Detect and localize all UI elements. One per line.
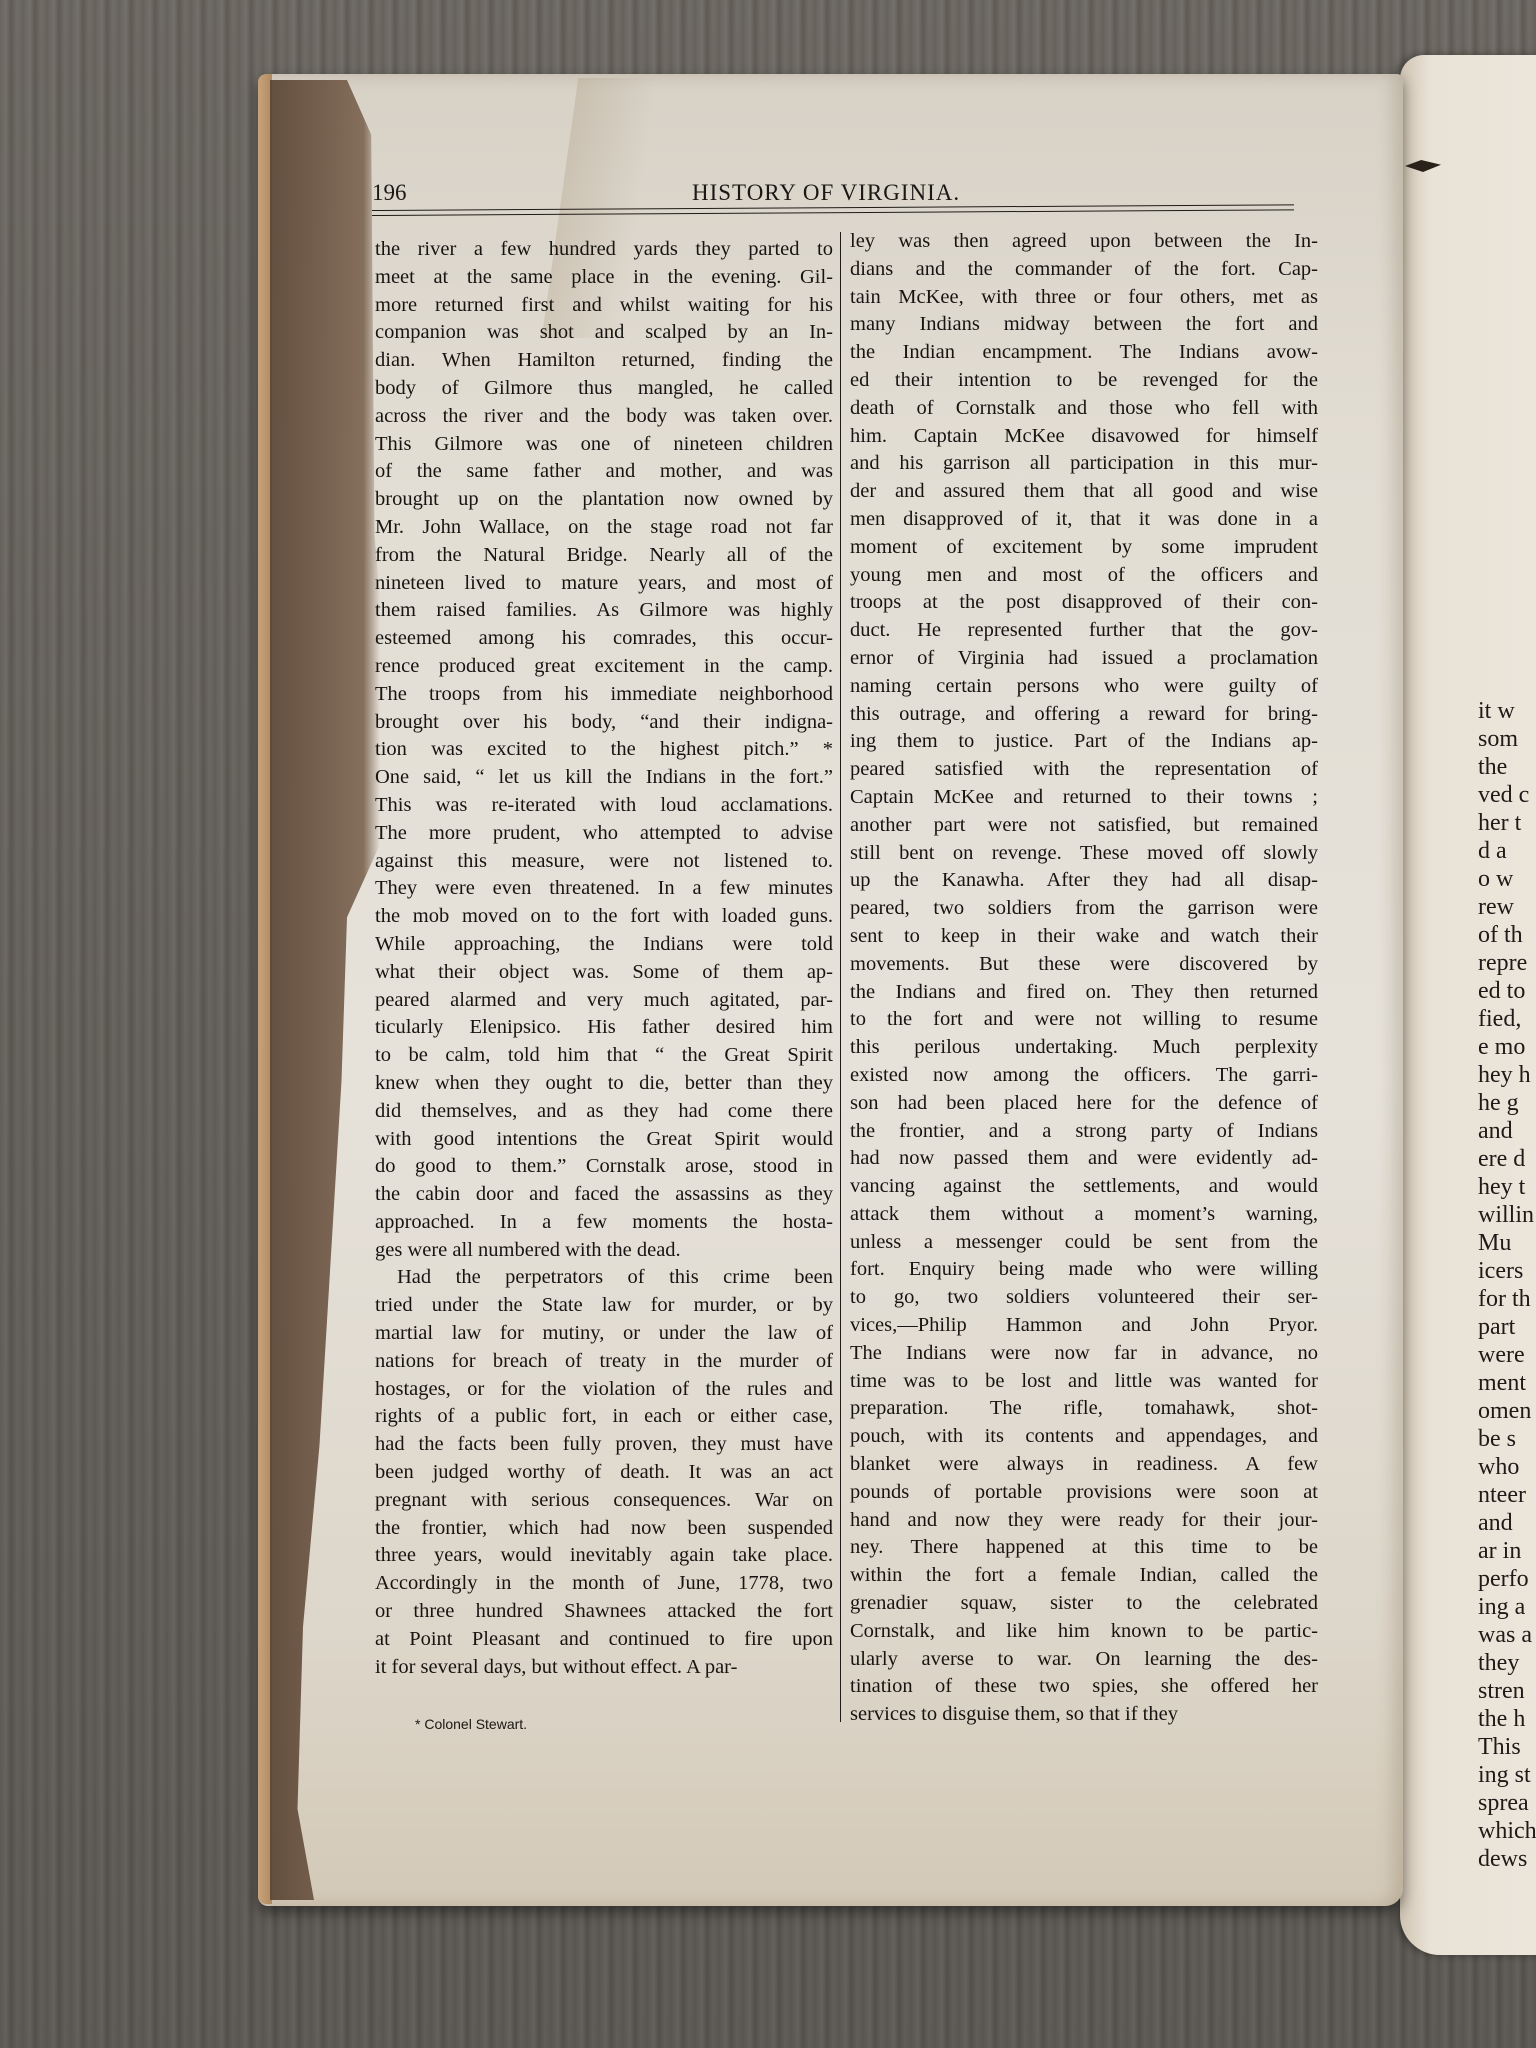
facing-page-fragment: nteer bbox=[1478, 1481, 1536, 1509]
facing-page-fragment: repre bbox=[1478, 949, 1536, 977]
facing-page-fragment: for th bbox=[1478, 1285, 1536, 1313]
text-line: across the river and the body was taken … bbox=[375, 403, 833, 431]
facing-page-fragment: o w bbox=[1478, 865, 1536, 893]
facing-page-fragment: ere d bbox=[1478, 1145, 1536, 1173]
text-line: this outrage, and offering a reward for … bbox=[850, 701, 1318, 729]
text-line: dians and the commander of the fort. Cap… bbox=[850, 256, 1318, 284]
facing-page-fragment: her t bbox=[1478, 809, 1536, 837]
facing-page-fragment: perfo bbox=[1478, 1565, 1536, 1593]
text-line: companion was shot and scalped by an In- bbox=[375, 319, 833, 347]
footnote: * Colonel Stewart. bbox=[415, 1716, 527, 1732]
facing-page-fragment: it w bbox=[1478, 697, 1536, 725]
text-line: grenadier squaw, sister to the celebrate… bbox=[850, 1590, 1318, 1618]
facing-page-fragment: of th bbox=[1478, 921, 1536, 949]
text-line: peared alarmed and very much agitated, p… bbox=[375, 987, 833, 1015]
text-line: ney. There happened at this time to be bbox=[850, 1534, 1318, 1562]
text-line: While approaching, the Indians were told bbox=[375, 931, 833, 959]
facing-page-fragment: ved c bbox=[1478, 781, 1536, 809]
text-line: unless a messenger could be sent from th… bbox=[850, 1229, 1318, 1257]
text-line: vancing against the settlements, and wou… bbox=[850, 1173, 1318, 1201]
text-line: martial law for mutiny, or under the law… bbox=[375, 1320, 833, 1348]
text-line: body of Gilmore thus mangled, he called bbox=[375, 375, 833, 403]
text-line: They were even threatened. In a few minu… bbox=[375, 875, 833, 903]
facing-page-fragment: ing a bbox=[1478, 1593, 1536, 1621]
text-line: many Indians midway between the fort and bbox=[850, 311, 1318, 339]
text-line: the river a few hundred yards they parte… bbox=[375, 236, 833, 264]
text-line: This was re-iterated with loud acclamati… bbox=[375, 792, 833, 820]
text-line: Cornstalk, and like him known to be part… bbox=[850, 1618, 1318, 1646]
text-line: been judged worthy of death. It was an a… bbox=[375, 1459, 833, 1487]
facing-page-fragment: icers bbox=[1478, 1257, 1536, 1285]
facing-page-fragment: ing st bbox=[1478, 1761, 1536, 1789]
text-line: sent to keep in their wake and watch the… bbox=[850, 923, 1318, 951]
text-line: existed now among the officers. The garr… bbox=[850, 1062, 1318, 1090]
text-line: do good to them.” Cornstalk arose, stood… bbox=[375, 1153, 833, 1181]
text-line: services to disguise them, so that if th… bbox=[850, 1701, 1318, 1729]
text-line: peared, two soldiers from the garrison w… bbox=[850, 895, 1318, 923]
text-line: what their object was. Some of them ap- bbox=[375, 959, 833, 987]
text-line: Captain McKee and returned to their town… bbox=[850, 784, 1318, 812]
facing-page-fragment: Mu bbox=[1478, 1229, 1536, 1257]
text-line: did themselves, and as they had come the… bbox=[375, 1098, 833, 1126]
text-line: One said, “ let us kill the Indians in t… bbox=[375, 764, 833, 792]
text-line: The Indians were now far in advance, no bbox=[850, 1340, 1318, 1368]
text-line: and his garrison all participation in th… bbox=[850, 450, 1318, 478]
facing-page-fragment: which bbox=[1478, 1817, 1536, 1845]
facing-page-fragment: willin bbox=[1478, 1201, 1536, 1229]
text-line: to go, two soldiers volunteered their se… bbox=[850, 1284, 1318, 1312]
facing-page-fragment: part bbox=[1478, 1313, 1536, 1341]
facing-page-fragment: som bbox=[1478, 725, 1536, 753]
text-line: ticularly Elenipsico. His father desired… bbox=[375, 1014, 833, 1042]
text-line: pouch, with its contents and appendages,… bbox=[850, 1423, 1318, 1451]
text-line: of the same father and mother, and was bbox=[375, 458, 833, 486]
text-line: naming certain persons who were guilty o… bbox=[850, 673, 1318, 701]
text-line: the Indian encampment. The Indians avow- bbox=[850, 339, 1318, 367]
facing-page-right: it wsomtheved cher td ao wrewof threpree… bbox=[1400, 55, 1536, 1955]
text-line: pregnant with serious consequences. War … bbox=[375, 1487, 833, 1515]
facing-page-fragment: e mo bbox=[1478, 1033, 1536, 1061]
text-line: rence produced great excitement in the c… bbox=[375, 653, 833, 681]
text-line: against this measure, were not listened … bbox=[375, 848, 833, 876]
text-line: tried under the State law for murder, or… bbox=[375, 1292, 833, 1320]
facing-page-fragment: dews bbox=[1478, 1845, 1536, 1873]
text-line: with good intentions the Great Spirit wo… bbox=[375, 1126, 833, 1154]
text-line: attack them without a moment’s warning, bbox=[850, 1201, 1318, 1229]
text-line: at Point Pleasant and continued to fire … bbox=[375, 1626, 833, 1654]
text-line: men disapproved of it, that it was done … bbox=[850, 506, 1318, 534]
text-line: the cabin door and faced the assassins a… bbox=[375, 1181, 833, 1209]
facing-page-fragment: were bbox=[1478, 1341, 1536, 1369]
text-line: or three hundred Shawnees attacked the f… bbox=[375, 1598, 833, 1626]
facing-page-fragment: the bbox=[1478, 753, 1536, 781]
facing-page-text-fragments: it wsomtheved cher td ao wrewof threpree… bbox=[1478, 697, 1536, 1873]
text-column-right: ley was then agreed upon between the In-… bbox=[850, 228, 1318, 1729]
text-line: ernor of Virginia had issued a proclamat… bbox=[850, 645, 1318, 673]
text-line: The more prudent, who attempted to advis… bbox=[375, 820, 833, 848]
facing-page-fragment: ment bbox=[1478, 1369, 1536, 1397]
facing-page-fragment: was a bbox=[1478, 1621, 1536, 1649]
text-line: Mr. John Wallace, on the stage road not … bbox=[375, 514, 833, 542]
facing-page-fragment: who bbox=[1478, 1453, 1536, 1481]
text-line: Accordingly in the month of June, 1778, … bbox=[375, 1570, 833, 1598]
text-line: another part were not satisfied, but rem… bbox=[850, 812, 1318, 840]
text-line: to be calm, told him that “ the Great Sp… bbox=[375, 1042, 833, 1070]
text-line: tain McKee, with three or four others, m… bbox=[850, 284, 1318, 312]
page-number: 196 bbox=[372, 180, 407, 206]
text-line: nations for breach of treaty in the murd… bbox=[375, 1348, 833, 1376]
text-line: ularly averse to war. On learning the de… bbox=[850, 1646, 1318, 1674]
text-line: preparation. The rifle, tomahawk, shot- bbox=[850, 1395, 1318, 1423]
text-line: brought up on the plantation now owned b… bbox=[375, 486, 833, 514]
text-line: der and assured them that all good and w… bbox=[850, 478, 1318, 506]
facing-page-fragment: he g bbox=[1478, 1089, 1536, 1117]
text-line: Had the perpetrators of this crime been bbox=[375, 1264, 833, 1292]
facing-page-fragment: hey h bbox=[1478, 1061, 1536, 1089]
text-line: time was to be lost and little was wante… bbox=[850, 1368, 1318, 1396]
text-line: movements. But these were discovered by bbox=[850, 951, 1318, 979]
text-line: pounds of portable provisions were soon … bbox=[850, 1479, 1318, 1507]
facing-page-fragment: ed to bbox=[1478, 977, 1536, 1005]
text-line: esteemed among his comrades, this occur- bbox=[375, 625, 833, 653]
facing-page-fragment: stren bbox=[1478, 1677, 1536, 1705]
text-line: tination of these two spies, she offered… bbox=[850, 1673, 1318, 1701]
text-line: the frontier, and a strong party of Indi… bbox=[850, 1118, 1318, 1146]
text-line: dian. When Hamilton returned, finding th… bbox=[375, 347, 833, 375]
text-line: him. Captain McKee disavowed for himself bbox=[850, 423, 1318, 451]
text-line: rights of a public fort, in each or eith… bbox=[375, 1403, 833, 1431]
text-line: This Gilmore was one of nineteen childre… bbox=[375, 431, 833, 459]
text-line: The troops from his immediate neighborho… bbox=[375, 681, 833, 709]
text-line: had now passed them and were evidently a… bbox=[850, 1145, 1318, 1173]
text-line: ing them to justice. Part of the Indians… bbox=[850, 728, 1318, 756]
text-line: moment of excitement by some imprudent bbox=[850, 534, 1318, 562]
text-line: this perilous undertaking. Much perplexi… bbox=[850, 1034, 1318, 1062]
page-edge bbox=[258, 74, 272, 1904]
text-line: three years, would inevitably again take… bbox=[375, 1542, 833, 1570]
text-line: it for several days, but without effect.… bbox=[375, 1654, 833, 1682]
facing-page-fragment: rew bbox=[1478, 893, 1536, 921]
facing-page-fragment: and bbox=[1478, 1117, 1536, 1145]
facing-page-fragment: omen bbox=[1478, 1397, 1536, 1425]
text-line: the Indians and fired on. They then retu… bbox=[850, 979, 1318, 1007]
facing-page-fragment: hey t bbox=[1478, 1173, 1536, 1201]
facing-page-fragment: ar in bbox=[1478, 1537, 1536, 1565]
text-line: up the Kanawha. After they had all disap… bbox=[850, 867, 1318, 895]
text-line: fort. Enquiry being made who were willin… bbox=[850, 1256, 1318, 1284]
text-line: hand and now they were ready for their j… bbox=[850, 1507, 1318, 1535]
facing-page-fragment: d a bbox=[1478, 837, 1536, 865]
text-line: hostages, or for the violation of the ru… bbox=[375, 1376, 833, 1404]
text-line: from the Natural Bridge. Nearly all of t… bbox=[375, 542, 833, 570]
text-line: blanket were always in readiness. A few bbox=[850, 1451, 1318, 1479]
text-line: approached. In a few moments the hosta- bbox=[375, 1209, 833, 1237]
text-line: knew when they ought to die, better than… bbox=[375, 1070, 833, 1098]
text-line: peared satisfied with the representation… bbox=[850, 756, 1318, 784]
text-line: death of Cornstalk and those who fell wi… bbox=[850, 395, 1318, 423]
text-column-left: the river a few hundred yards they parte… bbox=[375, 236, 833, 1681]
facing-page-fragment: they bbox=[1478, 1649, 1536, 1677]
text-line: within the fort a female Indian, called … bbox=[850, 1562, 1318, 1590]
text-line: them raised families. As Gilmore was hig… bbox=[375, 597, 833, 625]
running-title: HISTORY OF VIRGINIA. bbox=[692, 180, 960, 206]
text-line: tion was excited to the highest pitch.” … bbox=[375, 736, 833, 764]
text-line: to the fort and were not willing to resu… bbox=[850, 1006, 1318, 1034]
facing-page-fragment: This bbox=[1478, 1733, 1536, 1761]
text-line: the mob moved on to the fort with loaded… bbox=[375, 903, 833, 931]
text-line: young men and most of the officers and bbox=[850, 562, 1318, 590]
text-line: vices,—Philip Hammon and John Pryor. bbox=[850, 1312, 1318, 1340]
text-line: more returned first and whilst waiting f… bbox=[375, 292, 833, 320]
facing-page-fragment: the h bbox=[1478, 1705, 1536, 1733]
text-line: duct. He represented further that the go… bbox=[850, 617, 1318, 645]
text-line: had the facts been fully proven, they mu… bbox=[375, 1431, 833, 1459]
text-line: ges were all numbered with the dead. bbox=[375, 1237, 833, 1265]
text-line: ley was then agreed upon between the In- bbox=[850, 228, 1318, 256]
facing-page-fragment: be s bbox=[1478, 1425, 1536, 1453]
text-line: ed their intention to be revenged for th… bbox=[850, 367, 1318, 395]
column-divider bbox=[840, 232, 841, 1722]
text-line: son had been placed here for the defence… bbox=[850, 1090, 1318, 1118]
facing-page-fragment: and bbox=[1478, 1509, 1536, 1537]
facing-page-fragment: fied, bbox=[1478, 1005, 1536, 1033]
text-line: the frontier, which had now been suspend… bbox=[375, 1515, 833, 1543]
text-line: nineteen lived to mature years, and most… bbox=[375, 570, 833, 598]
text-line: meet at the same place in the evening. G… bbox=[375, 264, 833, 292]
facing-page-fragment: sprea bbox=[1478, 1789, 1536, 1817]
text-line: still bent on revenge. These moved off s… bbox=[850, 840, 1318, 868]
text-line: troops at the post disapproved of their … bbox=[850, 589, 1318, 617]
text-line: brought over his body, “and their indign… bbox=[375, 709, 833, 737]
